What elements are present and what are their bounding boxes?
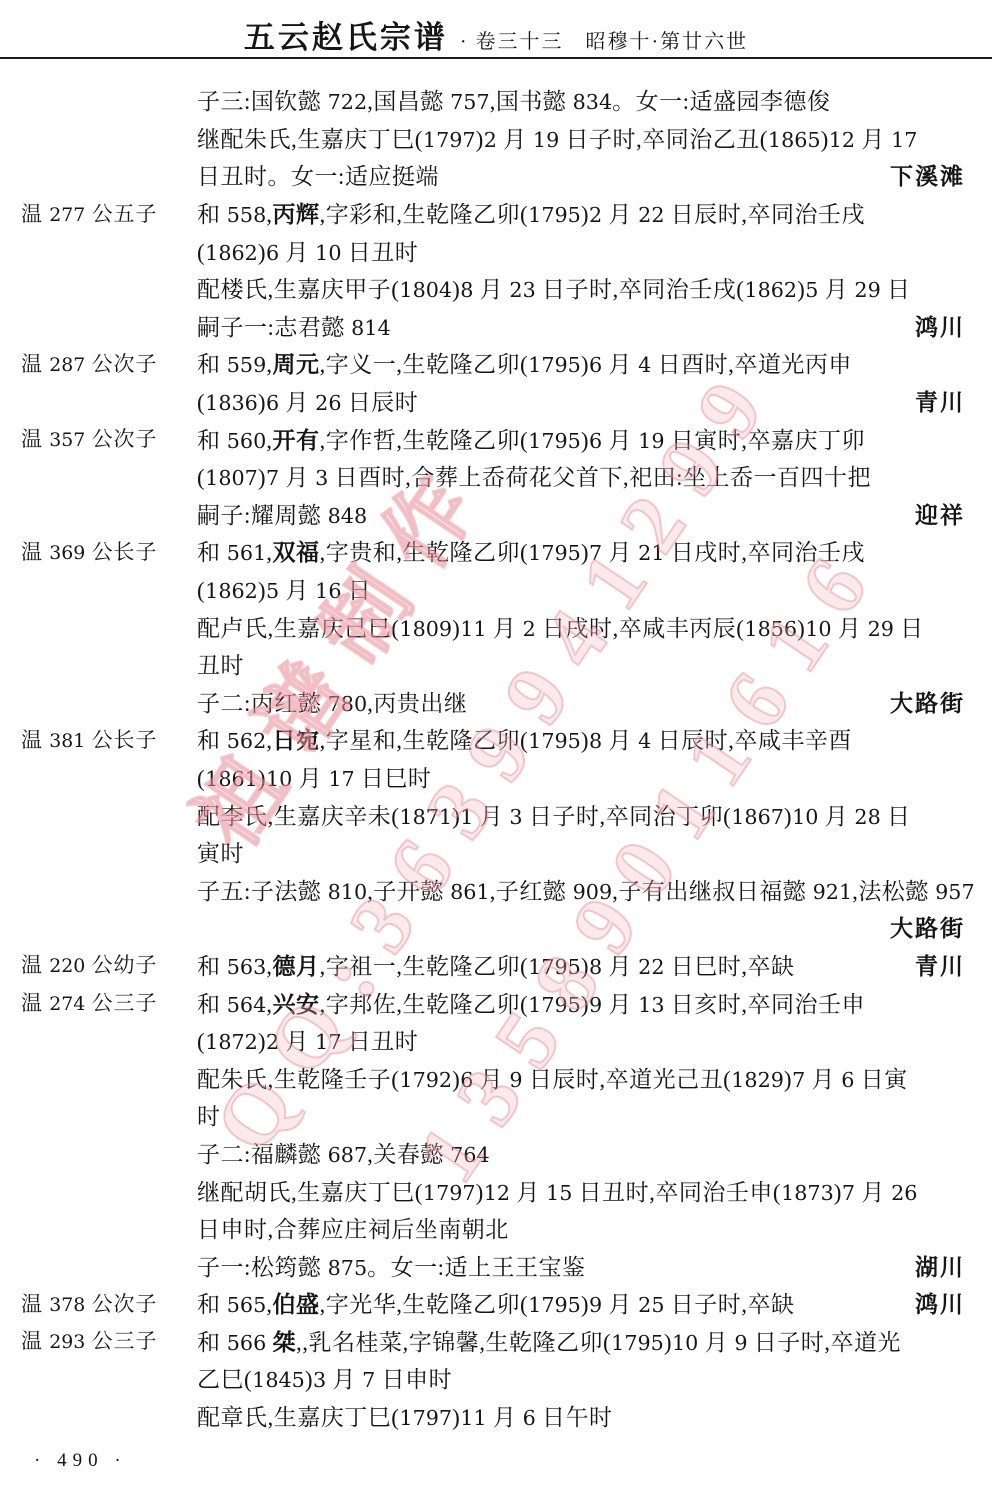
entry-text: 寅时 bbox=[197, 835, 965, 868]
genealogy-row: 温 381 公长子和 562,日宛,字星和,生乾隆乙卯(1795)8 月 4 日… bbox=[0, 720, 992, 758]
genealogy-row: 丑时 bbox=[0, 645, 992, 683]
given-name: 丙辉 bbox=[273, 202, 320, 227]
given-name: 兴安 bbox=[273, 992, 320, 1017]
residence-label: 青川 bbox=[915, 384, 965, 417]
generation-label: 温 220 公幼子 bbox=[0, 949, 197, 979]
residence-label: 鸿川 bbox=[915, 309, 965, 342]
genealogy-row: (1872)2 月 17 日丑时 bbox=[0, 1021, 992, 1059]
entry-text: 和 562,日宛,字星和,生乾隆乙卯(1795)8 月 4 日辰时,卒咸丰辛酉 bbox=[197, 722, 965, 755]
genealogy-row: (1862)5 月 16 日 bbox=[0, 570, 992, 608]
genealogy-row: 日丑时。女一:适应挺端下溪滩 bbox=[0, 156, 992, 194]
genealogy-row: 大路街 bbox=[0, 908, 992, 946]
given-name: 桀 bbox=[273, 1330, 297, 1355]
genealogy-row: 温 369 公长子和 561,双福,字贵和,生乾隆乙卯(1795)7 月 21 … bbox=[0, 532, 992, 570]
genealogy-row: 温 287 公次子和 559,周元,字义一,生乾隆乙卯(1795)6 月 4 日… bbox=[0, 344, 992, 382]
residence-label: 大路街 bbox=[890, 910, 965, 943]
genealogy-row: 温 293 公三子和 566 桀,,乳名桂菜,字锦馨,生乾隆乙卯(1795)10… bbox=[0, 1322, 992, 1360]
genealogy-row: 日申时,合葬应庄祠后坐南朝北 bbox=[0, 1209, 992, 1247]
entry-text: 丑时 bbox=[197, 647, 965, 680]
residence-label: 大路街 bbox=[890, 685, 965, 718]
entry-text: 子三:国钦懿 722,国昌懿 757,国书懿 834。女一:适盛园李德俊 bbox=[197, 83, 965, 116]
entry-text: 和 559,周元,字义一,生乾隆乙卯(1795)6 月 4 日酉时,卒道光丙申 bbox=[197, 346, 965, 379]
generation-label: 温 293 公三子 bbox=[0, 1325, 197, 1355]
entry-text: 子二:福麟懿 687,关春懿 764 bbox=[197, 1136, 965, 1169]
genealogy-row: 寅时 bbox=[0, 833, 992, 871]
genealogy-row: 乙巳(1845)3 月 7 日申时 bbox=[0, 1359, 992, 1397]
entry-text: 配章氏,生嘉庆丁巳(1797)11 月 6 日午时 bbox=[197, 1399, 965, 1432]
residence-label: 青川 bbox=[915, 948, 965, 981]
entry-text: (1872)2 月 17 日丑时 bbox=[197, 1023, 965, 1056]
genealogy-page: 祖谱制作QQ:363994129913589011616 五云赵氏宗谱 · 卷三… bbox=[0, 0, 992, 1512]
entry-text: 和 565,伯盛,字光华,生乾隆乙卯(1795)9 月 25 日子时,卒缺 bbox=[197, 1286, 905, 1319]
genealogy-row: 子三:国钦懿 722,国昌懿 757,国书懿 834。女一:适盛园李德俊 bbox=[0, 81, 992, 119]
generation-label: 温 378 公次子 bbox=[0, 1288, 197, 1318]
entry-text: 嗣子:耀周懿 848 bbox=[197, 497, 905, 530]
generation-label: 温 381 公长子 bbox=[0, 724, 197, 754]
genealogy-row: 嗣子:耀周懿 848迎祥 bbox=[0, 495, 992, 533]
genealogy-row: 继配朱氏,生嘉庆丁巳(1797)2 月 19 日子时,卒同治乙丑(1865)12… bbox=[0, 119, 992, 157]
generation-label: 温 369 公长子 bbox=[0, 536, 197, 566]
header-divider bbox=[0, 57, 992, 59]
genealogy-entries: 子三:国钦懿 722,国昌懿 757,国书懿 834。女一:适盛园李德俊继配朱氏… bbox=[0, 81, 992, 1434]
entry-text: 子二:丙红懿 780,丙贵出继 bbox=[197, 685, 880, 718]
entry-text: 配楼氏,生嘉庆甲子(1804)8 月 23 日子时,卒同治壬戌(1862)5 月… bbox=[197, 271, 965, 304]
entry-text: (1807)7 月 3 日酉时,合葬上岙荷花父首下,祀田:坐上岙一百四十把 bbox=[197, 459, 965, 492]
genealogy-row: 温 378 公次子和 565,伯盛,字光华,生乾隆乙卯(1795)9 月 25 … bbox=[0, 1284, 992, 1322]
generation-label: 温 357 公次子 bbox=[0, 423, 197, 453]
entry-text: (1862)5 月 16 日 bbox=[197, 572, 965, 605]
genealogy-row: 配卢氏,生嘉庆己巳(1809)11 月 2 日戌时,卒咸丰丙辰(1856)10 … bbox=[0, 607, 992, 645]
entry-text: 和 563,德月,字祖一,生乾隆乙卯(1795)8 月 22 日巳时,卒缺 bbox=[197, 948, 905, 981]
genealogy-row: (1861)10 月 17 日巳时 bbox=[0, 758, 992, 796]
given-name: 伯盛 bbox=[273, 1292, 320, 1317]
residence-label: 下溪滩 bbox=[890, 158, 965, 191]
entry-text: 配卢氏,生嘉庆己巳(1809)11 月 2 日戌时,卒咸丰丙辰(1856)10 … bbox=[197, 610, 965, 643]
entry-text: 和 560,开有,字作哲,生乾隆乙卯(1795)6 月 19 日寅时,卒嘉庆丁卯 bbox=[197, 422, 965, 455]
genealogy-row: 时 bbox=[0, 1096, 992, 1134]
entry-text: 嗣子一:志君懿 814 bbox=[197, 309, 905, 342]
genealogy-row: 配章氏,生嘉庆丁巳(1797)11 月 6 日午时 bbox=[0, 1397, 992, 1435]
genealogy-row: (1836)6 月 26 日辰时青川 bbox=[0, 382, 992, 420]
generation-label: 温 287 公次子 bbox=[0, 348, 197, 378]
entry-text: 和 558,丙辉,字彩和,生乾隆乙卯(1795)2 月 22 日辰时,卒同治壬戌 bbox=[197, 196, 965, 229]
genealogy-row: 温 277 公五子和 558,丙辉,字彩和,生乾隆乙卯(1795)2 月 22 … bbox=[0, 194, 992, 232]
entry-text: 子一:松筠懿 875。女一:适上王王宝鉴 bbox=[197, 1249, 905, 1282]
genealogy-row: 嗣子一:志君懿 814鸿川 bbox=[0, 307, 992, 345]
residence-label: 鸿川 bbox=[915, 1286, 965, 1319]
entry-text: 子五:子法懿 810,子开懿 861,子红懿 909,子有出继叔日福懿 921,… bbox=[197, 873, 975, 906]
genealogy-row: (1862)6 月 10 日丑时 bbox=[0, 231, 992, 269]
entry-text: 乙巳(1845)3 月 7 日申时 bbox=[197, 1361, 965, 1394]
genealogy-row: 子一:松筠懿 875。女一:适上王王宝鉴湖川 bbox=[0, 1246, 992, 1284]
generation-label: 温 277 公五子 bbox=[0, 198, 197, 228]
entry-text: 和 564,兴安,字邦佐,生乾隆乙卯(1795)9 月 13 日亥时,卒同治壬申 bbox=[197, 986, 965, 1019]
genealogy-row: 子二:丙红懿 780,丙贵出继大路街 bbox=[0, 683, 992, 721]
genealogy-row: 温 357 公次子和 560,开有,字作哲,生乾隆乙卯(1795)6 月 19 … bbox=[0, 419, 992, 457]
entry-text: 日申时,合葬应庄祠后坐南朝北 bbox=[197, 1211, 965, 1244]
genealogy-row: 温 220 公幼子和 563,德月,字祖一,生乾隆乙卯(1795)8 月 22 … bbox=[0, 946, 992, 984]
genealogy-row: 子五:子法懿 810,子开懿 861,子红懿 909,子有出继叔日福懿 921,… bbox=[0, 870, 992, 908]
residence-label: 湖川 bbox=[915, 1249, 965, 1282]
entry-text: (1862)6 月 10 日丑时 bbox=[197, 234, 965, 267]
book-title: 五云赵氏宗谱 bbox=[244, 20, 448, 55]
entry-text: (1861)10 月 17 日巳时 bbox=[197, 760, 965, 793]
residence-label: 迎祥 bbox=[915, 497, 965, 530]
page-number: · 490 · bbox=[34, 1450, 127, 1472]
generation-label: 温 274 公三子 bbox=[0, 987, 197, 1017]
genealogy-row: 配楼氏,生嘉庆甲子(1804)8 月 23 日子时,卒同治壬戌(1862)5 月… bbox=[0, 269, 992, 307]
given-name: 双福 bbox=[273, 540, 320, 565]
given-name: 周元 bbox=[273, 352, 320, 377]
genealogy-row: 温 274 公三子和 564,兴安,字邦佐,生乾隆乙卯(1795)9 月 13 … bbox=[0, 983, 992, 1021]
genealogy-row: 继配胡氏,生嘉庆丁巳(1797)12 月 15 日丑时,卒同治壬申(1873)7… bbox=[0, 1171, 992, 1209]
entry-text: 和 561,双福,字贵和,生乾隆乙卯(1795)7 月 21 日戌时,卒同治壬戌 bbox=[197, 534, 965, 567]
given-name: 开有 bbox=[273, 428, 320, 453]
entry-text: 和 566 桀,,乳名桂菜,字锦馨,生乾隆乙卯(1795)10 月 9 日子时,… bbox=[197, 1324, 965, 1357]
page-header: 五云赵氏宗谱 · 卷三十三 昭穆十·第廿六世 bbox=[0, 12, 992, 57]
entry-text: 日丑时。女一:适应挺端 bbox=[197, 158, 880, 191]
entry-text: 配李氏,生嘉庆辛未(1871)1 月 3 日子时,卒同治丁卯(1867)10 月… bbox=[197, 798, 965, 831]
given-name: 日宛 bbox=[273, 728, 320, 753]
genealogy-row: 配李氏,生嘉庆辛未(1871)1 月 3 日子时,卒同治丁卯(1867)10 月… bbox=[0, 795, 992, 833]
genealogy-row: (1807)7 月 3 日酉时,合葬上岙荷花父首下,祀田:坐上岙一百四十把 bbox=[0, 457, 992, 495]
volume-subtitle: · 卷三十三 昭穆十·第廿六世 bbox=[460, 31, 748, 53]
entry-text: 配朱氏,生乾隆壬子(1792)6 月 9 日辰时,卒道光己丑(1829)7 月 … bbox=[197, 1061, 965, 1094]
genealogy-row: 配朱氏,生乾隆壬子(1792)6 月 9 日辰时,卒道光己丑(1829)7 月 … bbox=[0, 1058, 992, 1096]
entry-text: 继配朱氏,生嘉庆丁巳(1797)2 月 19 日子时,卒同治乙丑(1865)12… bbox=[197, 121, 965, 154]
genealogy-row: 子二:福麟懿 687,关春懿 764 bbox=[0, 1134, 992, 1172]
entry-text: 时 bbox=[197, 1098, 965, 1131]
entry-text: 继配胡氏,生嘉庆丁巳(1797)12 月 15 日丑时,卒同治壬申(1873)7… bbox=[197, 1174, 965, 1207]
given-name: 德月 bbox=[273, 954, 320, 979]
entry-text: (1836)6 月 26 日辰时 bbox=[197, 384, 905, 417]
